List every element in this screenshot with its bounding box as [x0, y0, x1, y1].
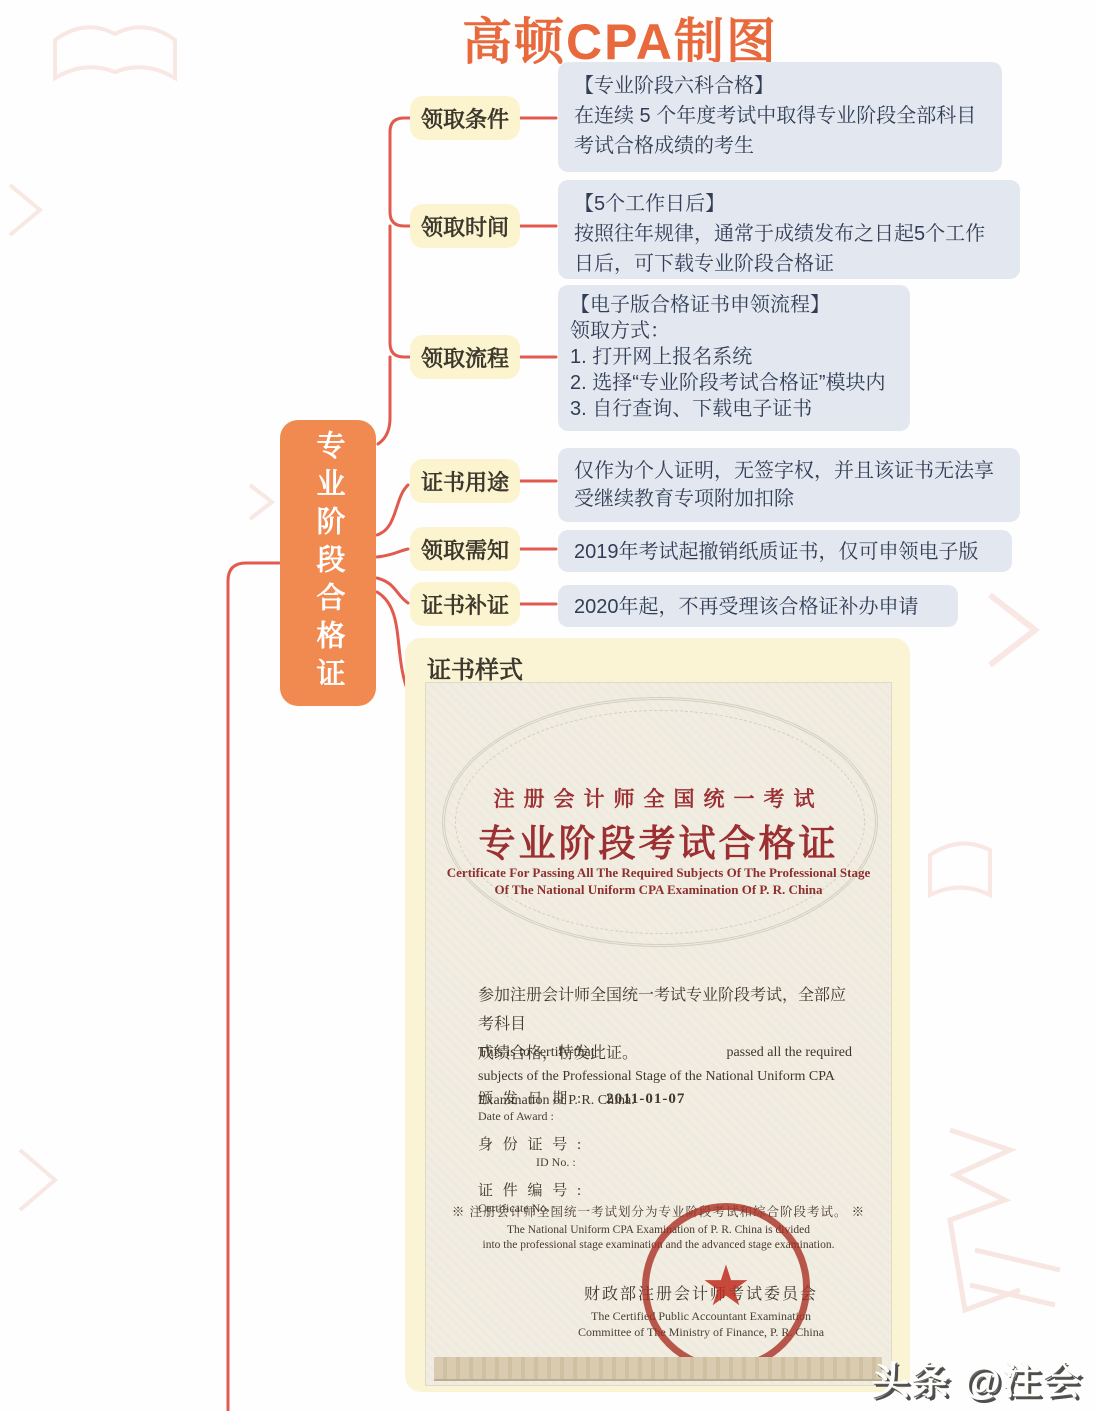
field-label-text: 身 份 证 号 : [478, 1137, 584, 1153]
branch-content-receive-time: 【5个工作日后】 按照往年规律，通常于成绩发布之日起5个工作 日后，可下载专业阶… [558, 180, 1020, 279]
field-label-cn: 身 份 证 号 : [478, 1133, 858, 1154]
branch-label-certificate-reissue: 证书补证 [410, 582, 520, 626]
branch-content-receive-notice: 2019年考试起撤销纸质证书，仅可申领电子版 [558, 530, 1012, 572]
certificate-sample-section: 证书样式 注册会计师全国统一考试 专业阶段考试合格证 Certificate F… [405, 638, 910, 1392]
official-seal: ★ [642, 1203, 810, 1371]
certify-line: This is to certify that passed all the r… [478, 1041, 852, 1065]
field-label-en: ID No. : [536, 1155, 858, 1170]
root-node-professional-stage-certificate: 专业阶段合格证 [280, 420, 376, 706]
field-label-text: 颁 发 日 期 : [478, 1091, 584, 1107]
branch-label-text: 领取流程 [421, 342, 509, 373]
field-label-cn: 颁 发 日 期 :2011-01-07 [478, 1087, 858, 1108]
certificate-sample-label: 证书样式 [427, 650, 523, 685]
branch-label-receive-time: 领取时间 [410, 204, 520, 248]
certificate-exam-name: 注册会计师全国统一考试 [426, 783, 891, 813]
branch-label-text: 领取条件 [421, 103, 509, 134]
branch-label-text: 证书用途 [421, 466, 509, 497]
field-label-en: Date of Award : [478, 1109, 858, 1124]
branch-label-certificate-usage: 证书用途 [410, 459, 520, 503]
branch-label-receive-conditions: 领取条件 [410, 96, 520, 140]
certificate-bottom-border-decoration [434, 1357, 882, 1381]
branch-label-text: 领取需知 [421, 534, 509, 565]
certificate-image: 注册会计师全国统一考试 专业阶段考试合格证 Certificate For Pa… [425, 682, 892, 1386]
infographic-canvas: 高顿CPA制图 专业阶段合格证 领取条件 领取时间 领取流程 证书用途 领取需知… [0, 0, 1095, 1411]
star-icon: ★ [701, 1259, 751, 1315]
branch-content-certificate-reissue: 2020年起，不再受理该合格证补办申请 [558, 585, 958, 627]
certificate-title-english: Certificate For Passing All The Required… [426, 864, 891, 898]
field-date-of-award: 颁 发 日 期 :2011-01-07 Date of Award : [478, 1087, 858, 1124]
certify-left-text: This is to certify that [478, 1041, 595, 1065]
field-label-text: 证 件 编 号 : [478, 1183, 584, 1199]
branch-label-text: 证书补证 [421, 589, 509, 620]
branch-content-receive-process: 【电子版合格证书申领流程】 领取方式： 1. 打开网上报名系统 2. 选择“专业… [558, 285, 910, 431]
field-value: 2011-01-07 [606, 1091, 685, 1107]
branch-label-receive-notice: 领取需知 [410, 527, 520, 571]
certificate-title: 专业阶段考试合格证 [426, 813, 891, 867]
root-node-label: 专业阶段合格证 [314, 430, 343, 696]
branch-content-certificate-usage: 仅作为个人证明，无签字权，并且该证书无法享 受继续教育专项附加扣除 [558, 448, 1020, 522]
footnote-chinese: ※ 注册会计师全国统一考试划分为专业阶段考试和综合阶段考试。 ※ [426, 1202, 891, 1220]
branch-content-receive-conditions: 【专业阶段六科合格】 在连续 5 个年度考试中取得专业阶段全部科目 考试合格成绩… [558, 62, 1002, 172]
branch-label-receive-process: 领取流程 [410, 335, 520, 379]
credit-watermark: 头条 @注会 [871, 1350, 1083, 1405]
field-id-number: 身 份 证 号 : ID No. : [478, 1133, 858, 1170]
certify-right-text: passed all the required [726, 1041, 852, 1065]
branch-label-text: 领取时间 [421, 211, 509, 242]
field-label-cn: 证 件 编 号 : [478, 1179, 858, 1200]
